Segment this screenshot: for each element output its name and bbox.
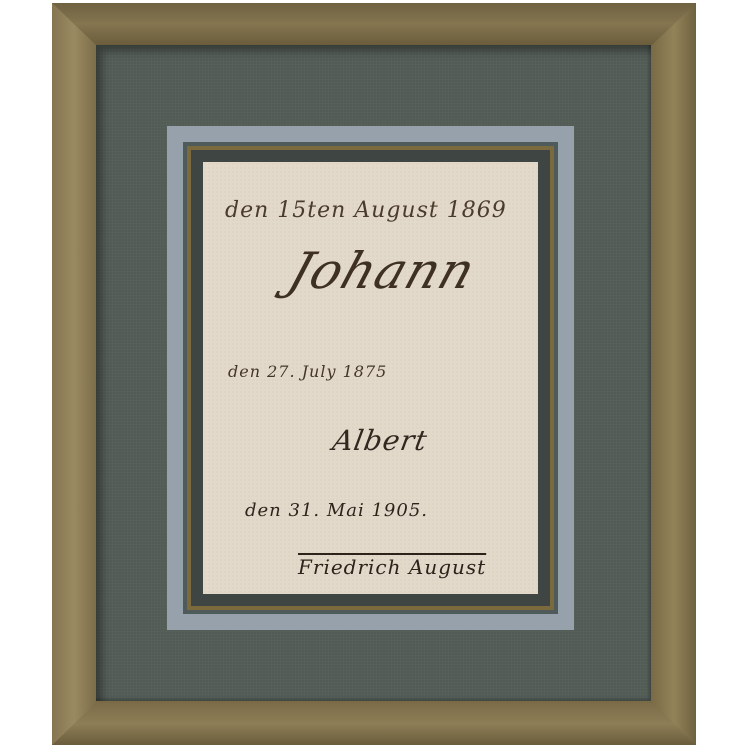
- date-entry-3: den 31. Mai 1905.: [245, 500, 428, 521]
- frame-bottom-rail: [52, 703, 696, 745]
- frame-left-rail: [52, 3, 96, 745]
- signature-2: Albert: [330, 424, 430, 457]
- frame-top-rail: [52, 3, 696, 45]
- signature-3: Friedrich August: [298, 555, 486, 579]
- signature-1: Johann: [282, 242, 483, 300]
- frame-right-rail: [652, 3, 696, 745]
- autograph-paper: den 15ten August 1869 Johann den 27. Jul…: [203, 162, 538, 594]
- date-entry-2: den 27. July 1875: [228, 362, 387, 381]
- date-entry-1: den 15ten August 1869: [225, 198, 507, 223]
